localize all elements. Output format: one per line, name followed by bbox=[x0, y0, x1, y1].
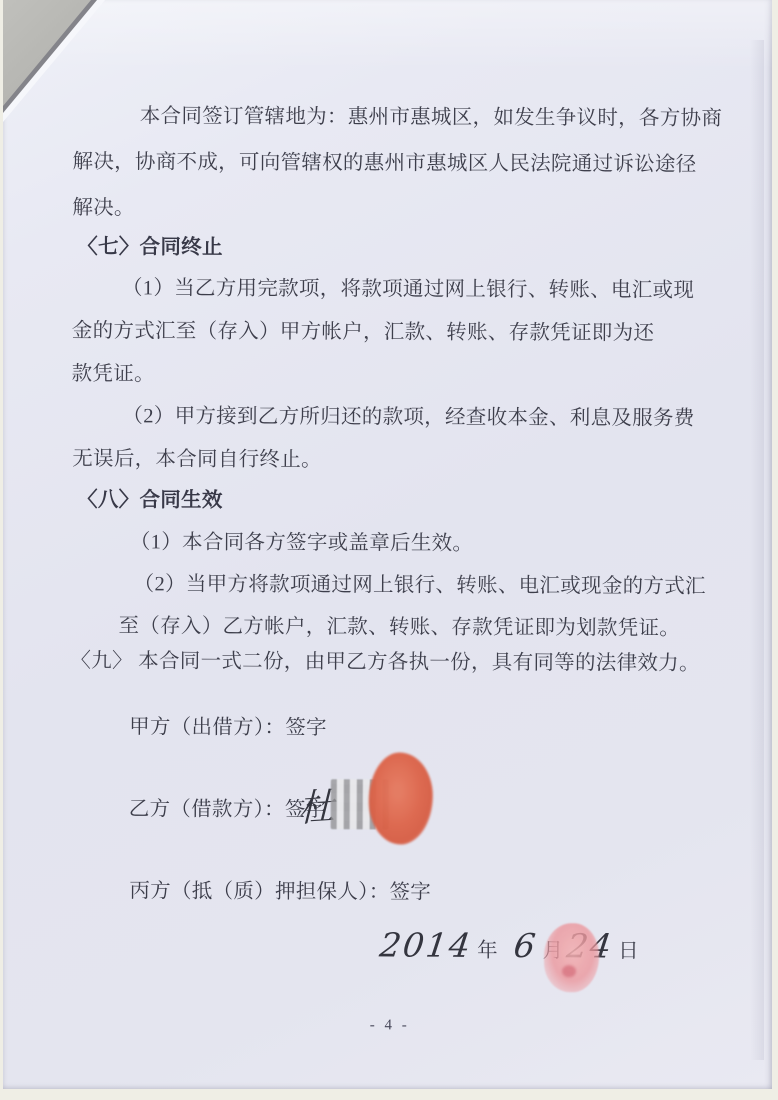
section-7-item-2-line-1: （2）甲方接到乙方所归还的款项，经查收本金、利息及服务费 bbox=[122, 403, 694, 431]
section-8-item-2-line-1: （2）当甲方将款项通过网上银行、转账、电汇或现金的方式汇 bbox=[134, 571, 706, 599]
section-8-heading: 〈八〉合同生效 bbox=[77, 487, 223, 514]
jurisdiction-line-2: 解决，协商不成，可向管辖权的惠州市惠城区人民法院通过诉讼途径 bbox=[72, 149, 696, 178]
section-8-item-2-line-2: 至（存入）乙方帐户，汇款、转账、存款凭证即为划款凭证。 bbox=[118, 613, 680, 641]
scan-background: { "contract": { "jurisdiction": { "line1… bbox=[0, 0, 778, 1100]
jurisdiction-line-3: 解决。 bbox=[72, 195, 135, 221]
thumbprint-stamp bbox=[544, 923, 599, 992]
party-c-signature-line: 丙方（抵（质）押担保人）：签字 bbox=[129, 878, 431, 905]
section-7-heading: 〈七〉合同终止 bbox=[77, 234, 223, 261]
section-7-item-1-line-2: 金的方式汇至（存入）甲方帐户，汇款、转账、存款凭证即为还 bbox=[72, 318, 655, 347]
date-day-label: 日 bbox=[618, 933, 639, 963]
section-9-line: 〈九〉 本合同一式二份，由甲乙方各执一份，具有同等的法律效力。 bbox=[70, 648, 700, 677]
date-year-label: 年 bbox=[477, 933, 498, 963]
date-line: 2014 年 6 月 24 日 bbox=[380, 925, 639, 965]
red-seal-stamp bbox=[369, 752, 433, 844]
thumbprint-ink-spot bbox=[562, 965, 576, 977]
section-7-item-1-line-1: （1）当乙方用完款项，将款项通过网上银行、转账、电汇或现 bbox=[122, 275, 694, 303]
section-7-item-2-line-2: 无误后，本合同自行终止。 bbox=[72, 446, 322, 473]
section-8-item-1: （1）本合同各方签字或盖章后生效。 bbox=[130, 529, 473, 556]
date-month-value: 6 bbox=[512, 926, 540, 965]
date-year-value: 2014 bbox=[378, 925, 475, 964]
page-number: - 4 - bbox=[370, 1017, 410, 1034]
section-7-item-1-line-3: 款凭证。 bbox=[72, 361, 155, 387]
jurisdiction-line-1: 本合同签订管辖地为：惠州市惠城区，如发生争议时，各方协商 bbox=[140, 103, 723, 132]
party-a-signature-line: 甲方（出借方）：签字 bbox=[129, 714, 327, 741]
document-content: 本合同签订管辖地为：惠州市惠城区，如发生争议时，各方协商 解决，协商不成，可向管… bbox=[0, 0, 778, 1100]
handwritten-signature: 杜 bbox=[298, 776, 335, 833]
